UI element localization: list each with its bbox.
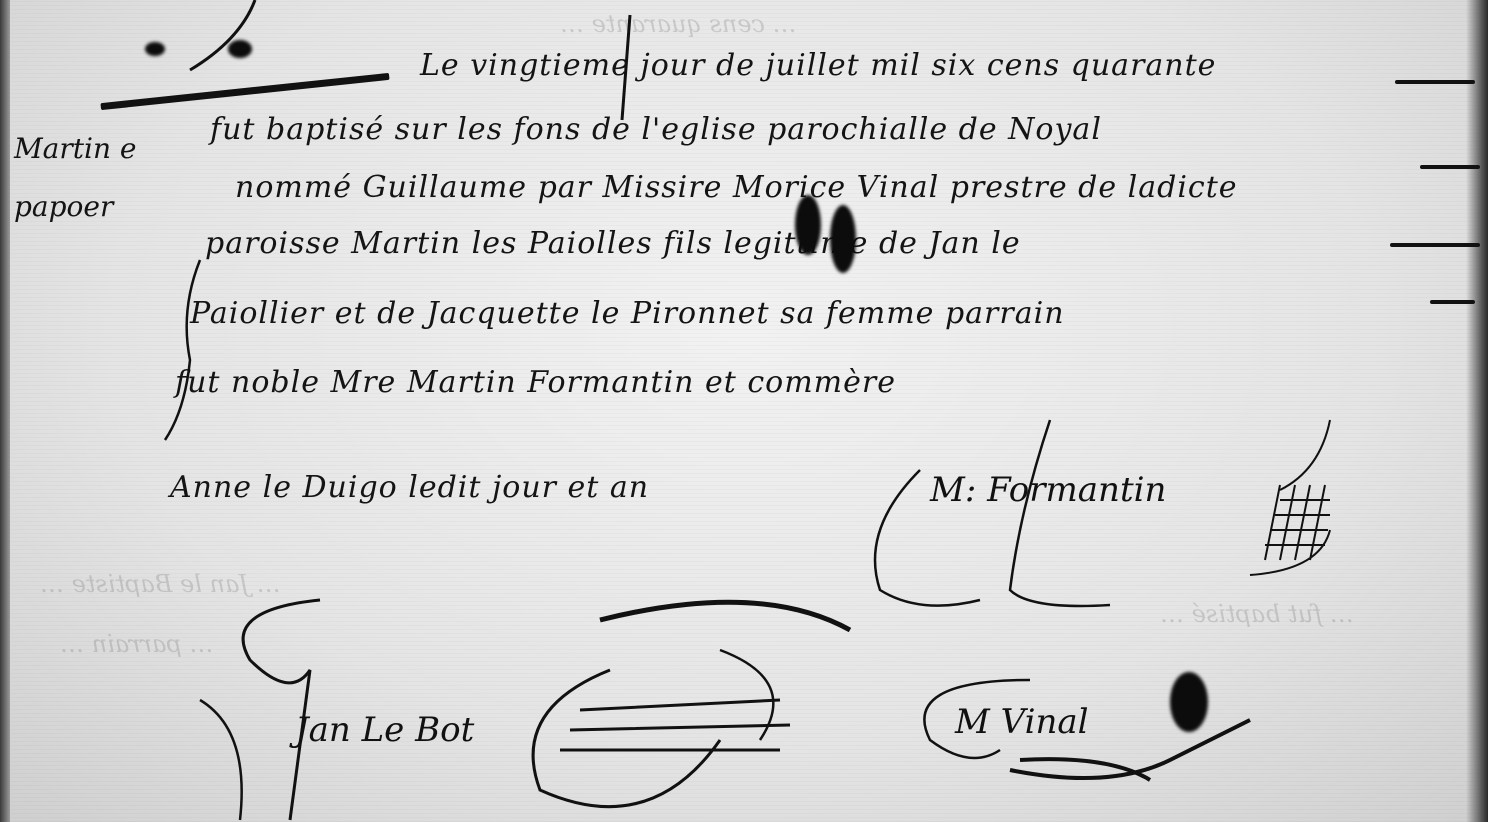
ink-blot — [795, 195, 821, 255]
page-binding-edge-left — [0, 0, 10, 822]
bleed-through-text: … cens quarante … — [560, 10, 797, 38]
line-filler-dash — [1430, 300, 1475, 304]
top-flourish — [150, 0, 270, 80]
signature-vinal-flourish — [910, 660, 1270, 790]
margin-name-line-1: Martin e — [14, 132, 136, 165]
ink-blot — [1170, 672, 1208, 732]
long-s-flourish — [160, 250, 220, 450]
line-filler-dash — [1395, 80, 1475, 84]
line-filler-dash — [1390, 243, 1480, 247]
manuscript-page: … cens quarante … … Jan le Baptiste … … … — [0, 0, 1488, 822]
entry-line-4: paroisse Martin les Paiolles fils legitt… — [205, 226, 1021, 261]
line-filler-dash — [1420, 165, 1480, 169]
entry-line-1: Le vingtieme jour de juillet mil six cen… — [420, 48, 1216, 83]
signature-jan-le-bot-flourish — [180, 590, 880, 822]
entry-line-3: nommé Guillaume par Missire Morice Vinal… — [235, 170, 1238, 205]
entry-line-5: Paiollier et de Jacquette le Pironnet sa… — [190, 296, 1065, 331]
ink-blot — [830, 205, 856, 273]
entry-line-7: Anne le Duigo ledit jour et an — [170, 470, 649, 505]
entry-line-6: fut noble Mre Martin Formantin et commèr… — [175, 365, 896, 400]
signature-formantin-flourish — [860, 410, 1340, 630]
page-binding-edge-right — [1466, 0, 1488, 822]
margin-name-line-2: papoer — [14, 190, 113, 223]
j-flourish — [600, 10, 660, 130]
